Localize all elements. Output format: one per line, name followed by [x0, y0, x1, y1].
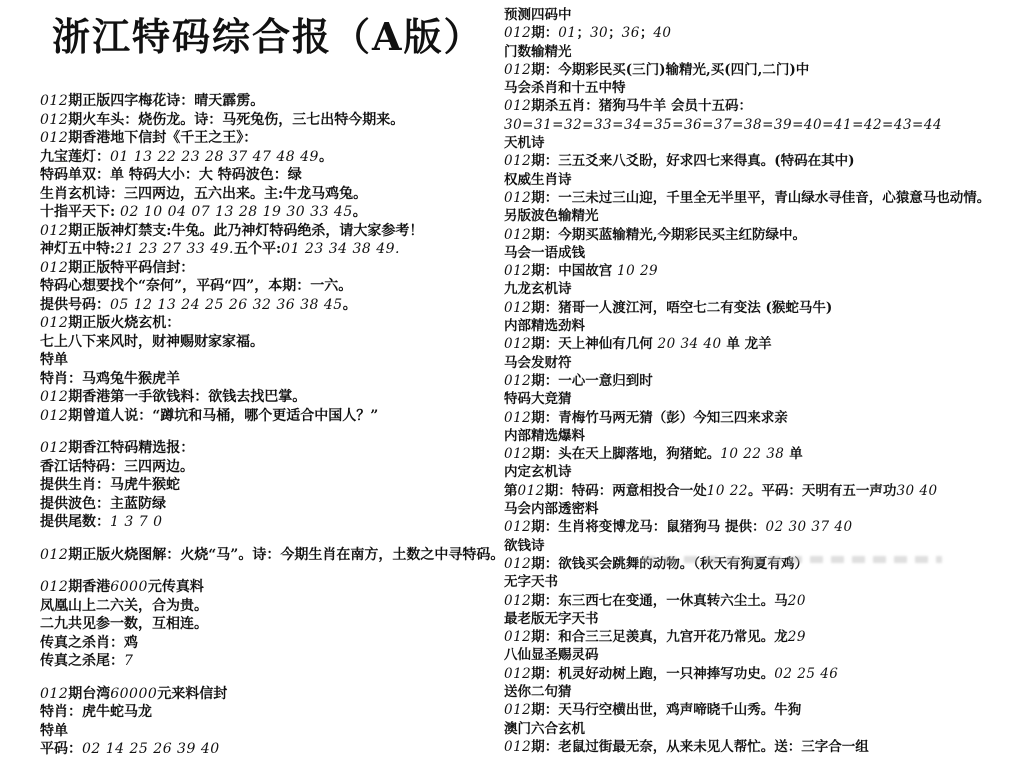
text-line: 特肖：虎牛蛇马龙	[40, 703, 508, 722]
text-line: 八仙显圣赐灵码	[504, 646, 996, 664]
text-line: 天机诗	[504, 134, 996, 152]
text-line: 012期：机灵好动树上跑，一只神捧写功史。02 25 46	[504, 665, 996, 683]
text-line: 权威生肖诗	[504, 171, 996, 189]
text-line: 012期火车头：烧伤龙。诗：马死兔伤，三七出特今期来。	[40, 111, 508, 130]
text-line: 012期：一心一意归到时	[504, 372, 996, 390]
text-line: 012期：三五爻来八爻盼，好求四七来得真。(特码在其中)	[504, 152, 996, 170]
text-line: 生肖玄机诗：三四两边，五六出来。主:牛龙马鸡兔。	[40, 185, 508, 204]
text-line: 门数输精光	[504, 43, 996, 61]
text-line: 内部精选爆料	[504, 427, 996, 445]
text-line: 012期曾道人说：“蹲坑和马桶，哪个更适合中国人？”	[40, 407, 508, 426]
text-line: 马会发财符	[504, 354, 996, 372]
text-line: 012期香港6000元传真料	[40, 578, 508, 597]
text-line: 送你二句猜	[504, 683, 996, 701]
text-line: 九宝莲灯：01 13 22 23 28 37 47 48 49。	[40, 148, 508, 167]
text-line: 012期杀五肖：猪狗马牛羊 会员十五码：	[504, 97, 996, 115]
text-line: 012期：天上神仙有几何 20 34 40 单 龙羊	[504, 335, 996, 353]
text-line: 传真之杀肖：鸡	[40, 634, 508, 653]
text-line: 特单	[40, 722, 508, 741]
text-line: 012期正版神灯禁支:牛兔。此乃神灯特码绝杀，请大家参考！	[40, 222, 508, 241]
text-line: 内定玄机诗	[504, 463, 996, 481]
text-line: 012期正版特平码信封：	[40, 259, 508, 278]
text-line: 012期：一三未过三山迎，千里全无半里平，青山绿水寻佳音，心猿意马也动情。	[504, 189, 996, 207]
text-line: 012期正版火烧图解：火烧“马”。诗：今期生肖在南方，土数之中寻特码。	[40, 546, 508, 565]
text-line: 012期：东三西七在变通，一休真转六尘土。马20	[504, 592, 996, 610]
text-line: 提供生肖：马虎牛猴蛇	[40, 476, 508, 495]
text-line: 提供波色：主蓝防绿	[40, 495, 508, 514]
text-line: 012期：今期彩民买(三门)输精光,买(四门,二门)中	[504, 61, 996, 79]
text-line: 马会内部透密料	[504, 500, 996, 518]
text-line: 第012期：特码：两意相投合一处10 22。平码：天明有五一声功30 40	[504, 482, 996, 500]
text-line: 传真之杀尾：7	[40, 652, 508, 671]
text-line: 预测四码中	[504, 6, 996, 24]
text-line: 特码心想要找个“奈何”，平码“四”，本期：一六。	[40, 277, 508, 296]
text-line: 012期：01；30；36；40	[504, 24, 996, 42]
text-line: 012期：猪哥一人渡江河，唔空七二有变法 (猴蛇马牛)	[504, 299, 996, 317]
text-line: 九龙玄机诗	[504, 280, 996, 298]
text-line: 012期正版火烧玄机：	[40, 314, 508, 333]
text-line: 无字天书	[504, 573, 996, 591]
text-line: 七上八下来风时，财神赐财家家福。	[40, 333, 508, 352]
text-line: 另版波色输精光	[504, 207, 996, 225]
text-line: 012期：头在天上脚落地，狗猪蛇。10 22 38 单	[504, 445, 996, 463]
text-line: 012期：青梅竹马两无猜（彭）今知三四来求亲	[504, 409, 996, 427]
text-line: 012期台湾60000元来料信封	[40, 685, 508, 704]
newspaper-page: { "page": { "title": "浙江特码综合报（A版）" }, "c…	[0, 0, 1024, 780]
text-line: 012期：和合三三足羡真，九宫开花乃常见。龙29	[504, 628, 996, 646]
text-line: 十指平天下: 02 10 04 07 13 28 19 30 33 45。	[40, 203, 508, 222]
left-column: 012期正版四字梅花诗：晴天霹雳。012期火车头：烧伤龙。诗：马死兔伤，三七出特…	[40, 92, 508, 759]
text-line: 凤凰山上二六关，合为贵。	[40, 597, 508, 616]
text-line: 平码：02 14 25 26 39 40	[40, 740, 508, 759]
text-line: 012期：老鼠过街最无奈，从来未见人帮忙。送：三字合一组	[504, 738, 996, 756]
text-line: 012期香港第一手欲钱料：欲钱去找巴掌。	[40, 388, 508, 407]
text-line: 012期：生肖将变博龙马：鼠猪狗马 提供：02 30 37 40	[504, 518, 996, 536]
text-line: 提供号码：05 12 13 24 25 26 32 36 38 45。	[40, 296, 508, 315]
text-line: 012期：今期买蓝输精光,今期彩民买主红防绿中。	[504, 226, 996, 244]
text-line: 012期香港地下信封《千王之王》：	[40, 129, 508, 148]
text-line: 欲钱诗	[504, 537, 996, 555]
text-line: 提供尾数：1 3 7 0	[40, 513, 508, 532]
print-smudge-artifact	[642, 556, 942, 563]
text-line: 特单	[40, 351, 508, 370]
right-column: 预测四码中012期：01；30；36；40门数输精光012期：今期彩民买(三门)…	[504, 6, 996, 756]
text-line: 香江话特码：三四两边。	[40, 458, 508, 477]
text-line: 特码单双：单 特码大小：大 特码波色：绿	[40, 166, 508, 185]
text-line: 特肖：马鸡兔牛猴虎羊	[40, 370, 508, 389]
text-line: 最老版无字天书	[504, 610, 996, 628]
text-line: 30=31=32=33=34=35=36=37=38=39=40=41=42=4…	[504, 116, 996, 134]
text-line: 马会杀肖和十五中特	[504, 79, 996, 97]
text-line: 012期：中国故宫 10 29	[504, 262, 996, 280]
text-line: 012期：天马行空横出世，鸡声啼晓千山秀。牛狗	[504, 701, 996, 719]
text-line: 内部精选劲料	[504, 317, 996, 335]
text-line: 二九共见参一数，互相连。	[40, 615, 508, 634]
text-line: 012期香江特码精选报：	[40, 439, 508, 458]
text-line: 马会一语成钱	[504, 244, 996, 262]
text-line: 特码大竞猜	[504, 390, 996, 408]
text-line: 澳门六合玄机	[504, 720, 996, 738]
text-line: 神灯五中特:21 23 27 33 49.五个平:01 23 34 38 49.	[40, 240, 508, 259]
page-title: 浙江特码综合报（A版）	[52, 6, 484, 61]
text-line: 012期正版四字梅花诗：晴天霹雳。	[40, 92, 508, 111]
